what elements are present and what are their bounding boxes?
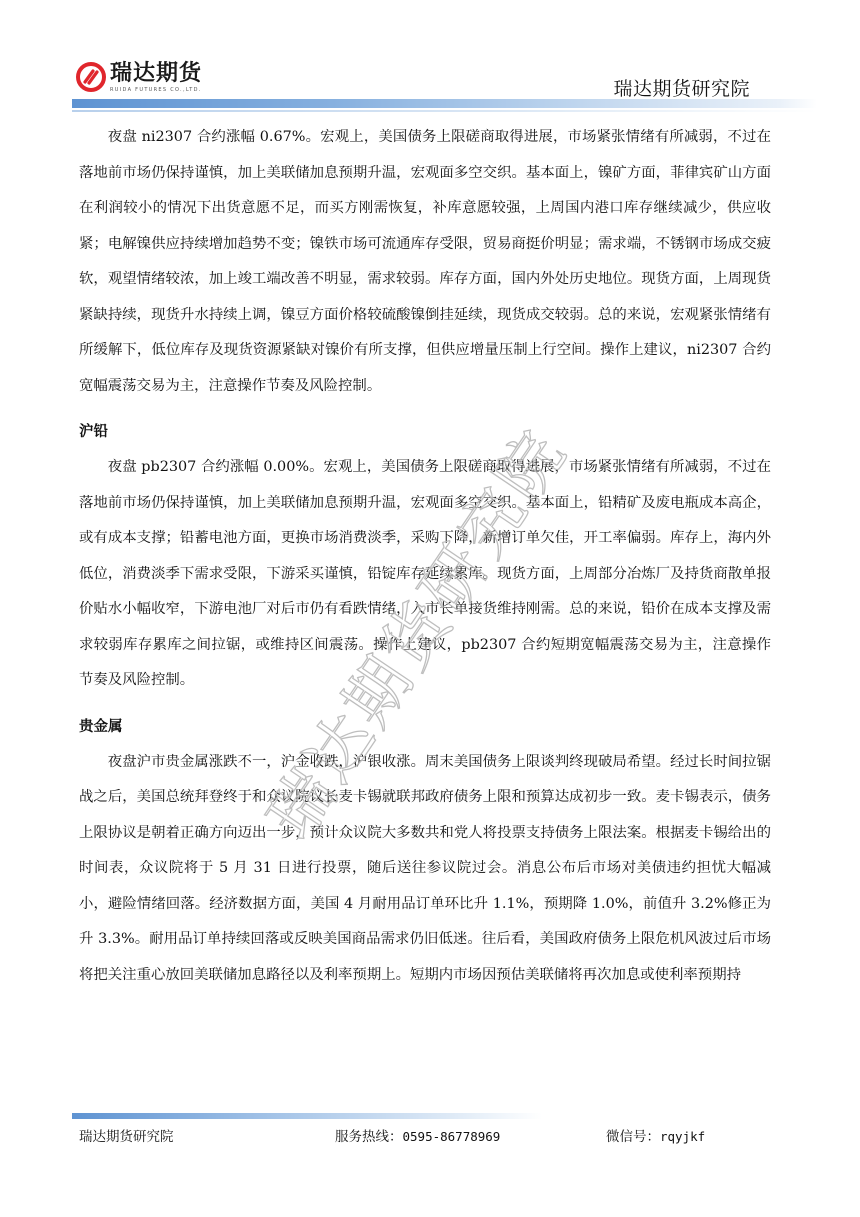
header-title: 瑞达期货研究院 bbox=[613, 74, 750, 101]
page-footer: 瑞达期货研究院 服务热线：0595-86778969 微信号：rqyjkf bbox=[79, 1125, 779, 1145]
logo-chinese-name: 瑞达期货 bbox=[110, 62, 202, 86]
footer-divider-bar bbox=[72, 1113, 542, 1119]
wechat-id: rqyjkf bbox=[660, 1129, 705, 1144]
section-lead: 沪铅 夜盘 pb2307 合约涨幅 0.00%。宏观上，美国债务上限磋商取得进展… bbox=[79, 415, 771, 699]
hotline-label: 服务热线： bbox=[335, 1129, 403, 1145]
section-paragraph: 夜盘 pb2307 合约涨幅 0.00%。宏观上，美国债务上限磋商取得进展，市场… bbox=[79, 450, 771, 699]
page-header: 瑞达期货 RUIDA FUTURES CO.,LTD. 瑞达期货研究院 bbox=[0, 0, 860, 120]
section-title: 沪铅 bbox=[79, 415, 771, 450]
company-logo: 瑞达期货 RUIDA FUTURES CO.,LTD. bbox=[76, 62, 202, 98]
report-body: 夜盘 ni2307 合约涨幅 0.67%。宏观上，美国债务上限磋商取得进展，市场… bbox=[79, 120, 771, 993]
header-divider-line bbox=[72, 110, 817, 112]
section-precious-metals: 贵金属 夜盘沪市贵金属涨跌不一，沪金收跌，沪银收涨。周末美国债务上限谈判终现破局… bbox=[79, 710, 771, 994]
footer-wechat: 微信号：rqyjkf bbox=[606, 1125, 705, 1145]
footer-org: 瑞达期货研究院 bbox=[79, 1125, 174, 1145]
footer-hotline: 服务热线：0595-86778969 bbox=[335, 1125, 500, 1145]
section-paragraph: 夜盘 ni2307 合约涨幅 0.67%。宏观上，美国债务上限磋商取得进展，市场… bbox=[79, 120, 771, 404]
logo-english-name: RUIDA FUTURES CO.,LTD. bbox=[110, 87, 202, 94]
section-nickel: 夜盘 ni2307 合约涨幅 0.67%。宏观上，美国债务上限磋商取得进展，市场… bbox=[79, 120, 771, 404]
wechat-label: 微信号： bbox=[606, 1129, 660, 1145]
hotline-number: 0595-86778969 bbox=[403, 1129, 501, 1144]
section-paragraph: 夜盘沪市贵金属涨跌不一，沪金收跌，沪银收涨。周末美国债务上限谈判终现破局希望。经… bbox=[79, 745, 771, 994]
header-divider-bar bbox=[72, 99, 817, 108]
section-title: 贵金属 bbox=[79, 710, 771, 745]
ruida-logo-icon bbox=[76, 62, 106, 92]
